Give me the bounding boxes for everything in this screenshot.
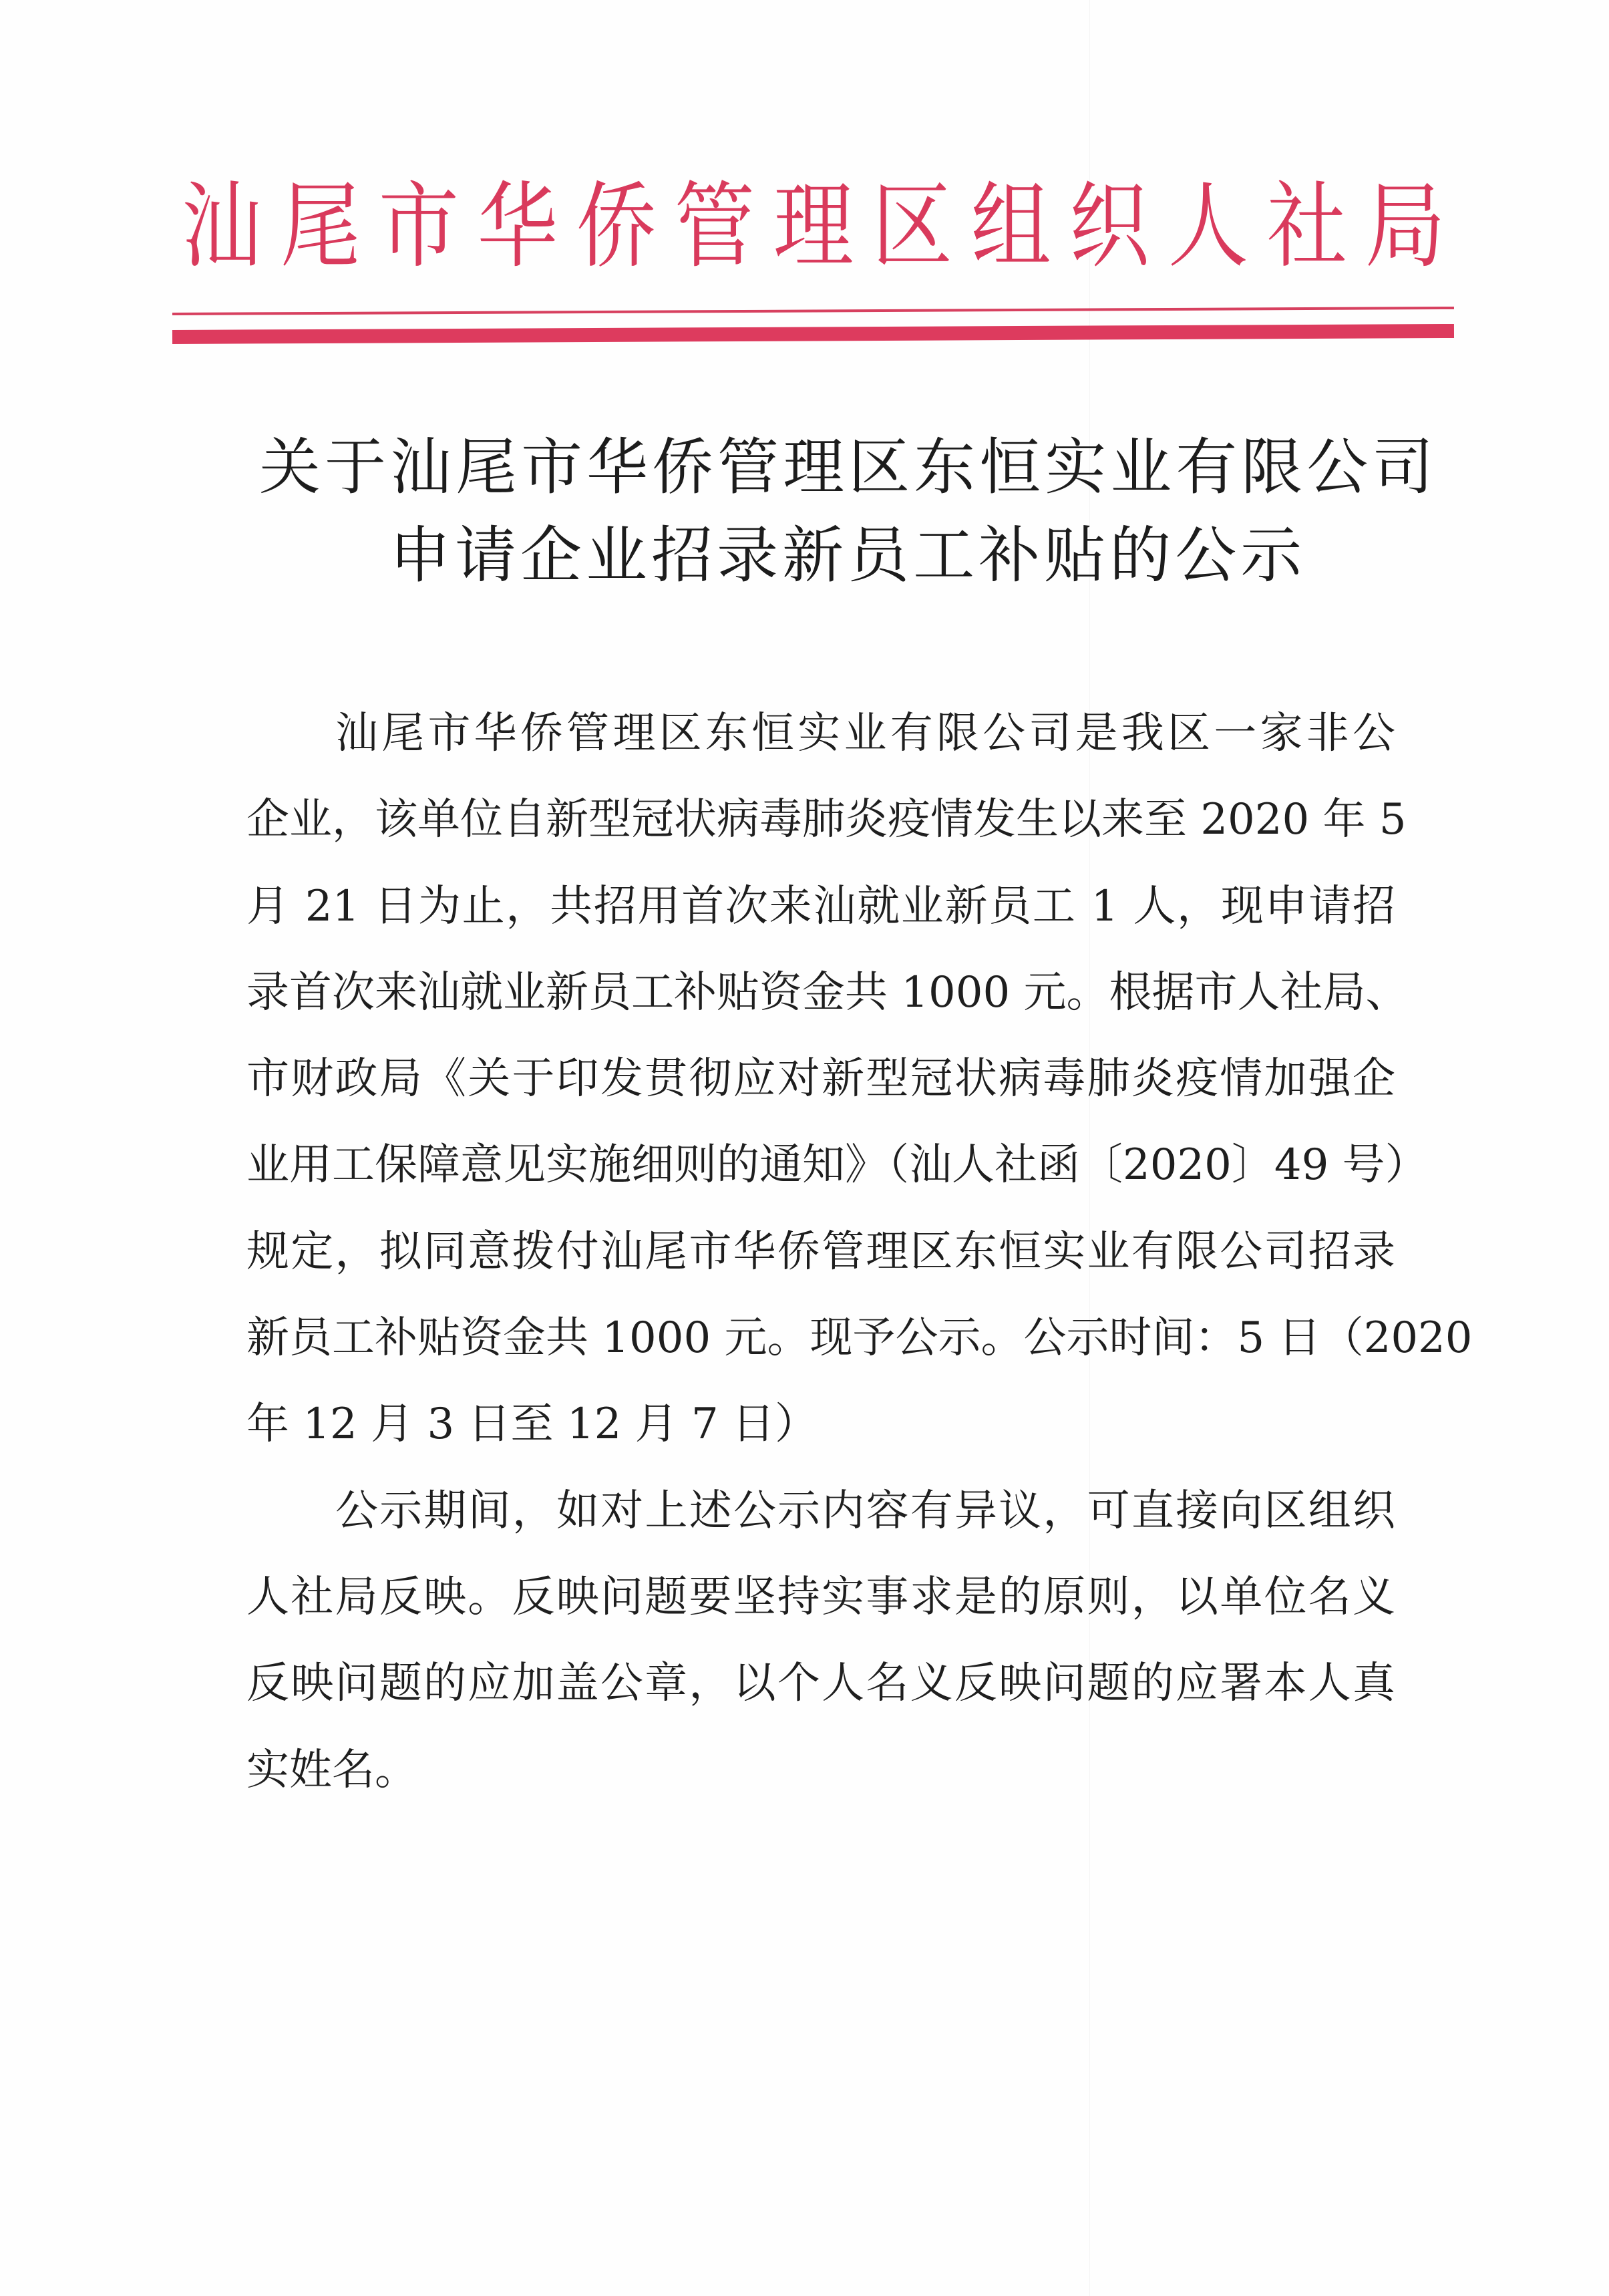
- letterhead-char: 组: [968, 170, 1053, 284]
- title-char: 有: [1176, 431, 1241, 504]
- body-line: 规定，拟同意拨付汕尾市华侨管理区东恒实业有限公司招录: [246, 1220, 1395, 1306]
- title-char: 请: [455, 519, 520, 593]
- title-char: 示: [1240, 519, 1306, 593]
- letterhead-char: 理: [771, 170, 856, 284]
- body-line: 市财政局《关于印发贯彻应对新型冠状病毒肺炎疫情加强企: [246, 1047, 1395, 1133]
- title-char: 华: [586, 431, 652, 504]
- letterhead-char: 人: [1166, 170, 1250, 284]
- title-char: 限: [1241, 431, 1306, 504]
- paragraph-1: 汕尾市华侨管理区东恒实业有限公司是我区一家非公 企业，该单位自新型冠状病毒肺炎疫…: [246, 701, 1395, 1479]
- letterhead-char: 局: [1363, 170, 1448, 284]
- letterhead-char: 华: [475, 170, 560, 284]
- title-char: 司: [1372, 431, 1437, 504]
- title-char: 业: [586, 519, 651, 593]
- title-char: 市: [521, 431, 586, 504]
- title-char: 招: [651, 519, 717, 593]
- title-char: 的: [1109, 519, 1175, 593]
- title-char: 尾: [456, 431, 521, 504]
- body-line: 实姓名。: [246, 1738, 1395, 1824]
- title-char: 东: [914, 431, 979, 504]
- letterhead-char: 市: [377, 170, 462, 284]
- body-line: 公示期间，如对上述公示内容有异议，可直接向区组织: [246, 1479, 1395, 1565]
- title-line-2: 申 请 企 业 招 录 新 员 工 补 贴 的 公 示: [389, 519, 1259, 593]
- body-line: 企业，该单位自新型冠状病毒肺炎疫情发生以来至 2020 年 5: [246, 788, 1395, 874]
- body-line: 月 21 日为止，共招用首次来汕就业新员工 1 人，现申请招: [246, 874, 1395, 961]
- title-char: 实: [1045, 431, 1110, 504]
- title-char: 员: [848, 519, 913, 593]
- body-line: 年 12 月 3 日至 12 月 7 日）: [246, 1392, 1395, 1478]
- title-char: 贴: [1044, 519, 1109, 593]
- title-line-1: 关 于 汕 尾 市 华 侨 管 理 区 东 恒 实 业 有 限 公 司: [259, 431, 1381, 504]
- letterhead-char: 汕: [179, 170, 264, 284]
- title-char: 工: [913, 519, 978, 593]
- letterhead-char: 管: [673, 170, 757, 284]
- letterhead-org-name: 汕 尾 市 华 侨 管 理 区 组 织 人 社 局: [172, 170, 1455, 284]
- letterhead-char: 侨: [574, 170, 659, 284]
- title-char: 申: [389, 519, 455, 593]
- body-line: 汕尾市华侨管理区东恒实业有限公司是我区一家非公: [246, 701, 1395, 788]
- letterhead-char: 织: [1067, 170, 1152, 284]
- title-char: 恒: [979, 431, 1045, 504]
- title-char: 理: [783, 431, 848, 504]
- title-char: 公: [1306, 431, 1372, 504]
- paragraph-2: 公示期间，如对上述公示内容有异议，可直接向区组织 人社局反映。反映问题要坚持实事…: [246, 1479, 1395, 1824]
- title-char: 区: [848, 431, 914, 504]
- title-char: 于: [325, 431, 390, 504]
- title-char: 管: [717, 431, 783, 504]
- body-line: 人社局反映。反映问题要坚持实事求是的原则，以单位名义: [246, 1565, 1395, 1651]
- title-char: 新: [782, 519, 848, 593]
- title-char: 业: [1110, 431, 1176, 504]
- title-char: 企: [520, 519, 586, 593]
- title-char: 汕: [390, 431, 456, 504]
- title-char: 录: [717, 519, 782, 593]
- body-line: 录首次来汕就业新员工补贴资金共 1000 元。根据市人社局、: [246, 961, 1395, 1047]
- body-line: 反映问题的应加盖公章，以个人名义反映问题的应署本人真: [246, 1651, 1395, 1738]
- letterhead-char: 尾: [278, 170, 363, 284]
- title-char: 补: [978, 519, 1044, 593]
- letterhead-char: 社: [1264, 170, 1349, 284]
- title-char: 公: [1175, 519, 1240, 593]
- title-char: 侨: [652, 431, 717, 504]
- letterhead-thick-rule: [172, 324, 1454, 344]
- document-page: 汕 尾 市 华 侨 管 理 区 组 织 人 社 局 关 于 汕 尾 市 华 侨 …: [0, 0, 1609, 2296]
- body-line: 新员工补贴资金共 1000 元。现予公示。公示时间：5 日（2020: [246, 1306, 1395, 1392]
- letterhead-thin-rule: [172, 307, 1454, 315]
- letterhead-char: 区: [870, 170, 954, 284]
- notice-body: 汕尾市华侨管理区东恒实业有限公司是我区一家非公 企业，该单位自新型冠状病毒肺炎疫…: [246, 701, 1395, 1824]
- title-char: 关: [259, 431, 325, 504]
- body-line: 业用工保障意见实施细则的通知》（汕人社函〔2020〕49 号）: [246, 1133, 1395, 1219]
